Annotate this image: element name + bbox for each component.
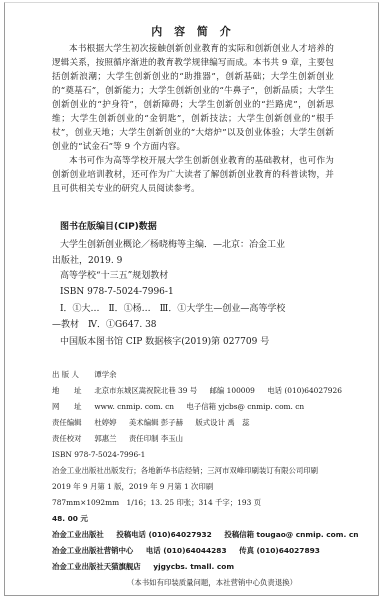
cip-heading: 图书在版编目(CIP)数据	[60, 219, 157, 232]
proofreader: 郭惠兰	[94, 434, 116, 443]
isbn: ISBN 978-7-5024-7996-1	[52, 447, 342, 463]
contact-marketing: 冶金工业出版社营销中心 电话 (010)64044283 传真 (010)640…	[52, 543, 342, 559]
editor-label: 责任编辑	[52, 415, 92, 431]
editors-row: 责任编辑 杜婷婷 美术编辑 彭子赫 版式设计 禹 蕊	[52, 415, 342, 431]
contact-label: 电话	[146, 546, 161, 555]
layout-designer: 禹 蕊	[227, 418, 249, 427]
cip-block: 大学生创新创业概论／杨晓梅等主编．—北京：冶金工业 出版社，2019. 9 高等…	[52, 238, 334, 351]
intro-paragraph-2: 本书可作为高等学校开展大学生创新创业教育的基础教材，也可作为创新创业培训教材，还…	[52, 154, 334, 196]
email-label: 电子信箱	[186, 402, 216, 411]
contact-org: 冶金工业出版社	[52, 530, 104, 539]
format: 787mm×1092mm 1/16；13. 25 印张；314 千字；193 页	[52, 495, 342, 511]
proof-row: 责任校对 郭惠兰 责任印制 李玉山	[52, 431, 342, 447]
cip-line: 高等学校“十三五”规划教材	[52, 269, 334, 285]
proofreader-label: 责任校对	[52, 431, 92, 447]
intro-title: 内 容 简 介	[52, 23, 334, 39]
art-editor: 彭子赫	[161, 418, 183, 427]
postcode-label: 邮编	[210, 386, 225, 395]
web-row: 网 址 www. cnmip. com. cn 电子信箱 yjcbs@ cnmi…	[52, 399, 342, 415]
email: yjcbs@ cnmip. com. cn	[218, 402, 304, 411]
contact-tmall: 冶金工业出版社天猫旗舰店 yjgycbs. tmall. com	[52, 559, 342, 575]
publisher-name: 谭学余	[94, 370, 116, 379]
cip-line: 出版社，2019. 9	[52, 254, 334, 270]
contact-value: yjgycbs. tmall. com	[153, 562, 234, 571]
publisher-block: 出 版 人 谭学余 地 址 北京市东城区嵩祝院北巷 39 号 邮编 100009…	[52, 367, 342, 591]
cip-line: 中国版本图书馆 CIP 数据核字(2019)第 027709 号	[52, 335, 334, 351]
printing-manager: 李玉山	[161, 434, 183, 443]
address: 北京市东城区嵩祝院北巷 39 号	[94, 386, 197, 395]
intro-paragraph-1: 本书根据大学生初次接触创新创业教育的实际和创新创业人才培养的逻辑关系，按照循序渐…	[52, 42, 334, 154]
postcode: 100009	[227, 386, 255, 395]
publisher-row: 出 版 人 谭学余	[52, 367, 342, 383]
contact-org: 冶金工业出版社天猫旗舰店	[52, 562, 141, 571]
contact-label: 投稿信箱	[224, 530, 254, 539]
web-label: 网 址	[52, 399, 92, 415]
contact-org: 冶金工业出版社营销中心	[52, 546, 133, 555]
contact-value: (010)64027893	[257, 546, 320, 555]
address-label: 地 址	[52, 383, 92, 399]
price: 48. 00 元	[52, 511, 342, 527]
publisher-label: 出 版 人	[52, 367, 92, 383]
phone-label: 电话	[267, 386, 282, 395]
contact-value: (010)64027932	[148, 530, 211, 539]
quality-notice: （本书如有印装质量问题，本社营销中心负责退换）	[52, 575, 342, 591]
art-editor-label: 美术编辑	[129, 418, 159, 427]
contact-submission: 冶金工业出版社 投稿电话 (010)64027932 投稿信箱 tougao@ …	[52, 527, 342, 543]
contact-value: tougao@ cnmip. com. cn	[257, 530, 359, 539]
cip-line: 大学生创新创业概论／杨晓梅等主编．—北京：冶金工业	[52, 238, 334, 254]
address-row: 地 址 北京市东城区嵩祝院北巷 39 号 邮编 100009 电话 (010)6…	[52, 383, 342, 399]
contact-label: 传真	[239, 546, 254, 555]
contact-label: 投稿电话	[116, 530, 146, 539]
distribution: 冶金工业出版社出版发行；各地新华书店经销；三河市双峰印刷装订有限公司印刷	[52, 463, 342, 479]
cip-line: —教材 Ⅳ．①G647. 38	[52, 318, 334, 334]
cip-line: ISBN 978-7-5024-7996-1	[52, 285, 334, 301]
phone: (010)64027926	[284, 386, 342, 395]
layout-label: 版式设计	[195, 418, 225, 427]
editor: 杜婷婷	[94, 418, 116, 427]
cip-line: Ⅰ．①大… Ⅱ．①杨… Ⅲ．①大学生—创业—高等学校	[52, 302, 334, 318]
printing-label: 责任印制	[129, 434, 159, 443]
contact-value: (010)64044283	[163, 546, 226, 555]
edition: 2019 年 9 月第 1 版，2019 年 9 月第 1 次印刷	[52, 479, 342, 495]
web-link: www. cnmip. com. cn	[94, 402, 174, 411]
